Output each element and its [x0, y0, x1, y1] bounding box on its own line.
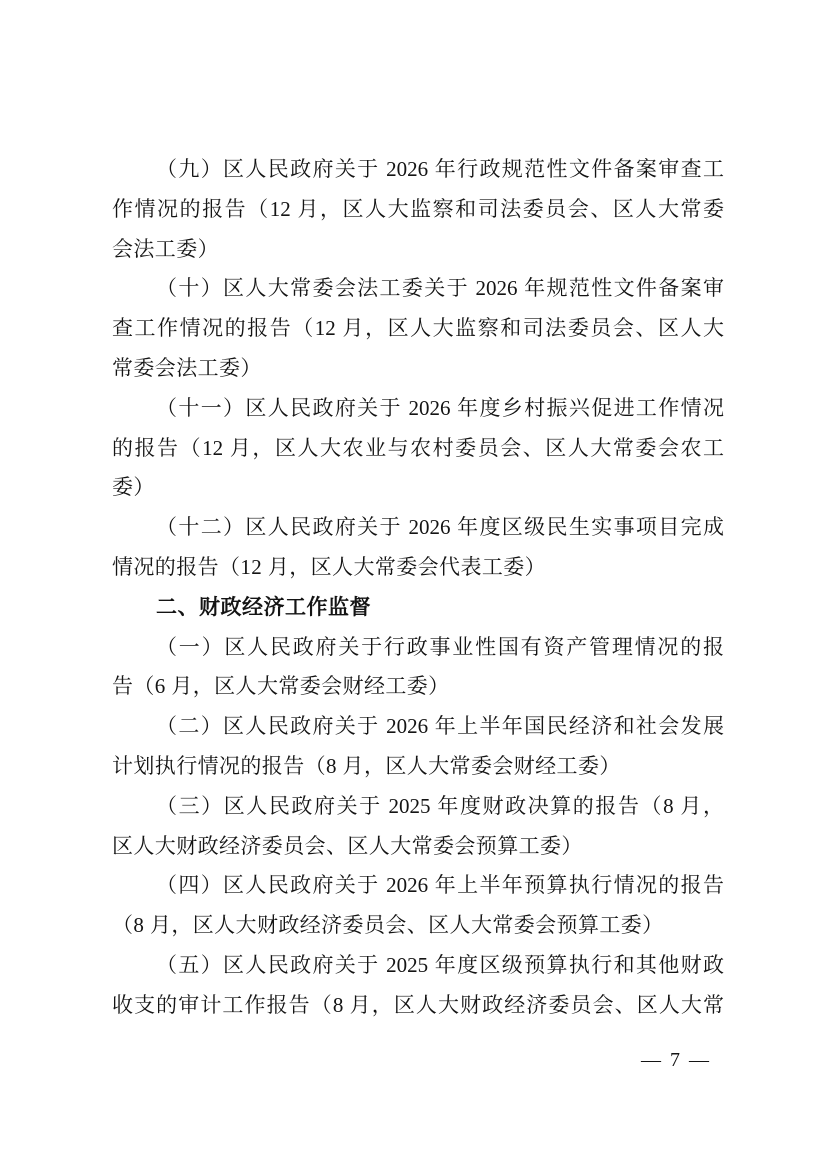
text-line: （一）区人民政府关于行政事业性国有资产管理情况的报 [112, 628, 724, 668]
text-line: （五）区人民政府关于 2025 年度区级预算执行和其他财政 [112, 946, 724, 986]
text-line: 会法工委） [112, 230, 724, 270]
text-line: 告（6 月，区人大常委会财经工委） [112, 667, 724, 707]
document-page: （九）区人民政府关于 2026 年行政规范性文件备案审查工 作情况的报告（12 … [0, 0, 827, 1170]
paragraph-item-12: （十二）区人民政府关于 2026 年度区级民生实事项目完成 情况的报告（12 月… [112, 508, 724, 588]
paragraph-item-3: （三）区人民政府关于 2025 年度财政决算的报告（8 月， 区人大财政经济委员… [112, 787, 724, 867]
text-line: （十二）区人民政府关于 2026 年度区级民生实事项目完成 [112, 508, 724, 548]
text-line: （十）区人大常委会法工委关于 2026 年规范性文件备案审 [112, 269, 724, 309]
paragraph-item-11: （十一）区人民政府关于 2026 年度乡村振兴促进工作情况 的报告（12 月，区… [112, 389, 724, 508]
paragraph-item-9: （九）区人民政府关于 2026 年行政规范性文件备案审查工 作情况的报告（12 … [112, 150, 724, 269]
text-line: （四）区人民政府关于 2026 年上半年预算执行情况的报告 [112, 866, 724, 906]
text-line: 查工作情况的报告（12 月，区人大监察和司法委员会、区人大 [112, 309, 724, 349]
text-line: 区人大财政经济委员会、区人大常委会预算工委） [112, 827, 724, 867]
text-line: 常委会法工委） [112, 349, 724, 389]
paragraph-item-10: （十）区人大常委会法工委关于 2026 年规范性文件备案审 查工作情况的报告（1… [112, 269, 724, 388]
text-line: （8 月，区人大财政经济委员会、区人大常委会预算工委） [112, 906, 724, 946]
text-line: 作情况的报告（12 月，区人大监察和司法委员会、区人大常委 [112, 190, 724, 230]
paragraph-item-5: （五）区人民政府关于 2025 年度区级预算执行和其他财政 收支的审计工作报告（… [112, 946, 724, 1026]
text-line: （九）区人民政府关于 2026 年行政规范性文件备案审查工 [112, 150, 724, 190]
paragraph-item-4: （四）区人民政府关于 2026 年上半年预算执行情况的报告 （8 月，区人大财政… [112, 866, 724, 946]
text-line: 计划执行情况的报告（8 月，区人大常委会财经工委） [112, 747, 724, 787]
page-number: — 7 — [638, 1046, 714, 1074]
text-line: 收支的审计工作报告（8 月，区人大财政经济委员会、区人大常 [112, 986, 724, 1026]
section-heading: 二、财政经济工作监督 [112, 588, 724, 628]
paragraph-item-1: （一）区人民政府关于行政事业性国有资产管理情况的报 告（6 月，区人大常委会财经… [112, 628, 724, 708]
text-line: 委） [112, 468, 724, 508]
text-line: （十一）区人民政府关于 2026 年度乡村振兴促进工作情况 [112, 389, 724, 429]
text-line: 的报告（12 月，区人大农业与农村委员会、区人大常委会农工 [112, 429, 724, 469]
text-line: 情况的报告（12 月，区人大常委会代表工委） [112, 548, 724, 588]
paragraph-item-2: （二）区人民政府关于 2026 年上半年国民经济和社会发展 计划执行情况的报告（… [112, 707, 724, 787]
text-line: （三）区人民政府关于 2025 年度财政决算的报告（8 月， [112, 787, 724, 827]
document-body: （九）区人民政府关于 2026 年行政规范性文件备案审查工 作情况的报告（12 … [112, 150, 724, 1026]
text-line: （二）区人民政府关于 2026 年上半年国民经济和社会发展 [112, 707, 724, 747]
